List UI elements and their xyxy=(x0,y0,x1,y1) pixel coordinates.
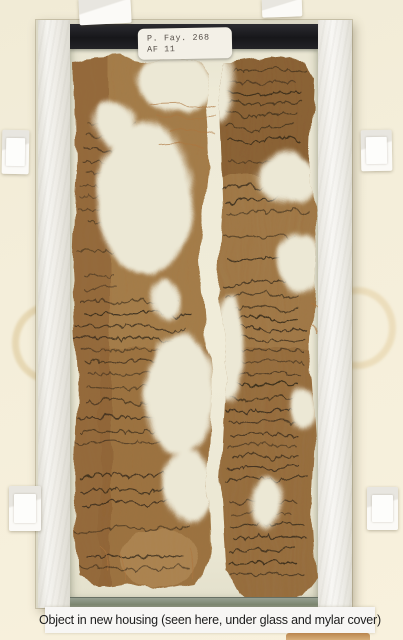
mylar-tab-top-right xyxy=(262,0,303,18)
binding-tape-right xyxy=(318,20,352,608)
caption-text: Object in new housing (seen here, under … xyxy=(39,613,381,627)
mylar-tab-right-lower xyxy=(367,487,398,530)
catalog-label: P. Fay. 268 AF 11 xyxy=(138,27,233,60)
mylar-tab-inner xyxy=(6,138,25,166)
mylar-tab-inner xyxy=(365,137,387,164)
mylar-tab-right-upper xyxy=(361,130,393,172)
inventory-number: AF 11 xyxy=(147,43,232,55)
mylar-tab-left-lower xyxy=(9,486,41,531)
photograph-papyrus-housing: P. Fay. 268 AF 11 Object in new housing … xyxy=(0,0,403,640)
caption-band: Object in new housing (seen here, under … xyxy=(45,607,375,633)
mylar-tab-left-upper xyxy=(2,130,30,174)
glass-sandwich: P. Fay. 268 AF 11 xyxy=(36,20,352,608)
mylar-tab-top-left xyxy=(78,0,131,25)
mylar-tab-inner xyxy=(14,494,36,523)
mylar-tab-inner xyxy=(372,495,394,523)
adjacent-object-edge xyxy=(286,633,370,640)
binding-tape-left xyxy=(38,20,70,608)
papyrus-fragment xyxy=(70,48,318,598)
